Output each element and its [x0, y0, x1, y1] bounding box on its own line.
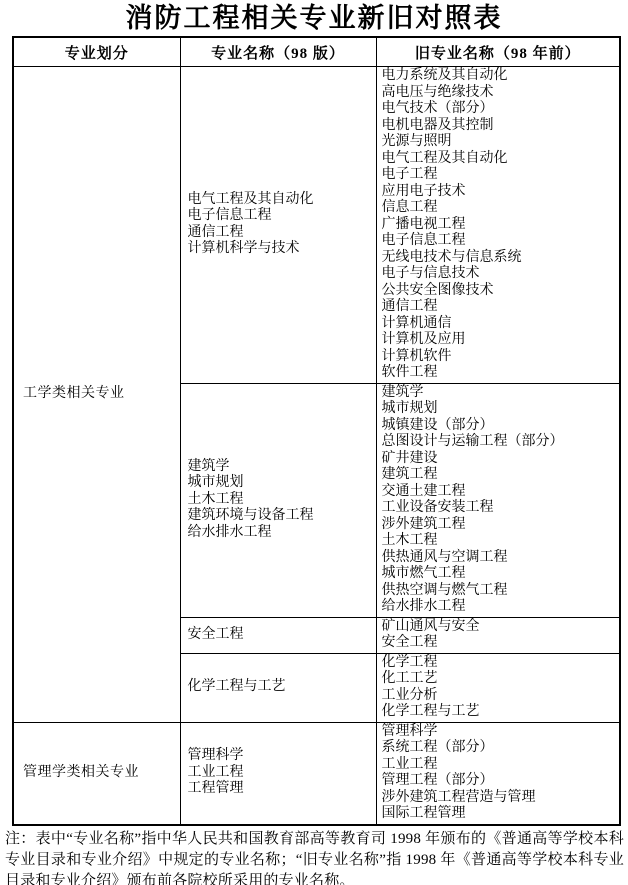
old-major-name: 管理工程（部分）: [382, 773, 618, 790]
old-major-name: 电气技术（部分）: [382, 101, 618, 118]
old-major-name: 计算机软件: [382, 349, 618, 366]
old-major-name: 土木工程: [382, 533, 618, 550]
old-major-name: 信息工程: [382, 200, 618, 217]
old-major-name: 软件工程: [382, 365, 618, 382]
old-major-name: 化学工程与工艺: [382, 704, 618, 721]
new-major-name: 电子信息工程: [188, 208, 374, 225]
old-major-name: 矿山通风与安全: [382, 619, 618, 636]
comparison-table: 专业划分 专业名称（98 版） 旧专业名称（98 年前） 工学类相关专业电气工程…: [12, 36, 621, 826]
new-major-name: 化学工程与工艺: [188, 679, 374, 696]
old-major-name: 无线电技术与信息系统: [382, 250, 618, 267]
old-major-name: 供热通风与空调工程: [382, 550, 618, 567]
new-major-name: 建筑学: [188, 459, 374, 476]
old-major-name: 建筑学: [382, 385, 618, 402]
table-row: 管理学类相关专业管理科学工业工程工程管理管理科学系统工程（部分）工业工程管理工程…: [13, 722, 620, 825]
old-major-name: 电气工程及其自动化: [382, 151, 618, 168]
old-major-name: 建筑工程: [382, 467, 618, 484]
new-major-name: 管理科学: [188, 748, 374, 765]
new-majors-cell: 建筑学城市规划土木工程建筑环境与设备工程给水排水工程: [180, 383, 376, 617]
page: 消防工程相关专业新旧对照表 专业划分 专业名称（98 版） 旧专业名称（98 年…: [0, 0, 628, 885]
old-major-name: 工业设备安装工程: [382, 500, 618, 517]
new-major-name: 土木工程: [188, 492, 374, 509]
old-majors-cell: 管理科学系统工程（部分）工业工程管理工程（部分）涉外建筑工程营造与管理国际工程管…: [376, 722, 620, 825]
division-label: 工学类相关专业: [23, 386, 178, 403]
old-major-name: 管理科学: [382, 724, 618, 741]
header-new-name: 专业名称（98 版）: [180, 37, 376, 67]
header-old-name: 旧专业名称（98 年前）: [376, 37, 620, 67]
old-major-name: 电子信息工程: [382, 233, 618, 250]
old-major-name: 安全工程: [382, 635, 618, 652]
old-major-name: 系统工程（部分）: [382, 740, 618, 757]
new-major-name: 计算机科学与技术: [188, 241, 374, 258]
old-major-name: 电子与信息技术: [382, 266, 618, 283]
old-major-name: 国际工程管理: [382, 806, 618, 823]
new-major-name: 通信工程: [188, 225, 374, 242]
new-major-name: 建筑环境与设备工程: [188, 508, 374, 525]
old-majors-cell: 化学工程化工工艺工业分析化学工程与工艺: [376, 653, 620, 722]
old-major-name: 电子工程: [382, 167, 618, 184]
new-major-name: 安全工程: [188, 627, 374, 644]
table-body: 工学类相关专业电气工程及其自动化电子信息工程通信工程计算机科学与技术电力系统及其…: [13, 67, 620, 825]
old-major-name: 交通土建工程: [382, 484, 618, 501]
old-major-name: 应用电子技术: [382, 184, 618, 201]
division-cell: 管理学类相关专业: [13, 722, 180, 825]
old-major-name: 给水排水工程: [382, 599, 618, 616]
old-major-name: 供热空调与燃气工程: [382, 583, 618, 600]
old-major-name: 城镇建设（部分）: [382, 418, 618, 435]
old-major-name: 工业工程: [382, 757, 618, 774]
new-major-name: 给水排水工程: [188, 525, 374, 542]
old-major-name: 矿井建设: [382, 451, 618, 468]
old-major-name: 电力系统及其自动化: [382, 68, 618, 85]
old-major-name: 总图设计与运输工程（部分）: [382, 434, 618, 451]
old-major-name: 城市规划: [382, 401, 618, 418]
new-majors-cell: 安全工程: [180, 617, 376, 653]
division-cell: 工学类相关专业: [13, 67, 180, 723]
new-major-name: 工业工程: [188, 765, 374, 782]
old-major-name: 电机电器及其控制: [382, 118, 618, 135]
new-major-name: 工程管理: [188, 781, 374, 798]
old-major-name: 光源与照明: [382, 134, 618, 151]
old-major-name: 公共安全图像技术: [382, 283, 618, 300]
new-major-name: 电气工程及其自动化: [188, 192, 374, 209]
old-majors-cell: 电力系统及其自动化高电压与绝缘技术电气技术（部分）电机电器及其控制光源与照明电气…: [376, 67, 620, 384]
old-major-name: 广播电视工程: [382, 217, 618, 234]
new-majors-cell: 化学工程与工艺: [180, 653, 376, 722]
header-division: 专业划分: [13, 37, 180, 67]
footnote: 注：表中“专业名称”指中华人民共和国教育部高等教育司 1998 年颁布的《普通高…: [5, 829, 624, 885]
header-row: 专业划分 专业名称（98 版） 旧专业名称（98 年前）: [13, 37, 620, 67]
old-majors-cell: 矿山通风与安全安全工程: [376, 617, 620, 653]
table-row: 工学类相关专业电气工程及其自动化电子信息工程通信工程计算机科学与技术电力系统及其…: [13, 67, 620, 384]
new-majors-cell: 电气工程及其自动化电子信息工程通信工程计算机科学与技术: [180, 67, 376, 384]
old-major-name: 通信工程: [382, 299, 618, 316]
old-major-name: 计算机及应用: [382, 332, 618, 349]
old-majors-cell: 建筑学城市规划城镇建设（部分）总图设计与运输工程（部分）矿井建设建筑工程交通土建…: [376, 383, 620, 617]
old-major-name: 化工工艺: [382, 671, 618, 688]
old-major-name: 化学工程: [382, 655, 618, 672]
new-majors-cell: 管理科学工业工程工程管理: [180, 722, 376, 825]
old-major-name: 计算机通信: [382, 316, 618, 333]
old-major-name: 城市燃气工程: [382, 566, 618, 583]
old-major-name: 涉外建筑工程: [382, 517, 618, 534]
page-title: 消防工程相关专业新旧对照表: [0, 3, 628, 33]
division-label: 管理学类相关专业: [23, 765, 178, 782]
old-major-name: 工业分析: [382, 688, 618, 705]
new-major-name: 城市规划: [188, 475, 374, 492]
old-major-name: 高电压与绝缘技术: [382, 85, 618, 102]
old-major-name: 涉外建筑工程营造与管理: [382, 790, 618, 807]
